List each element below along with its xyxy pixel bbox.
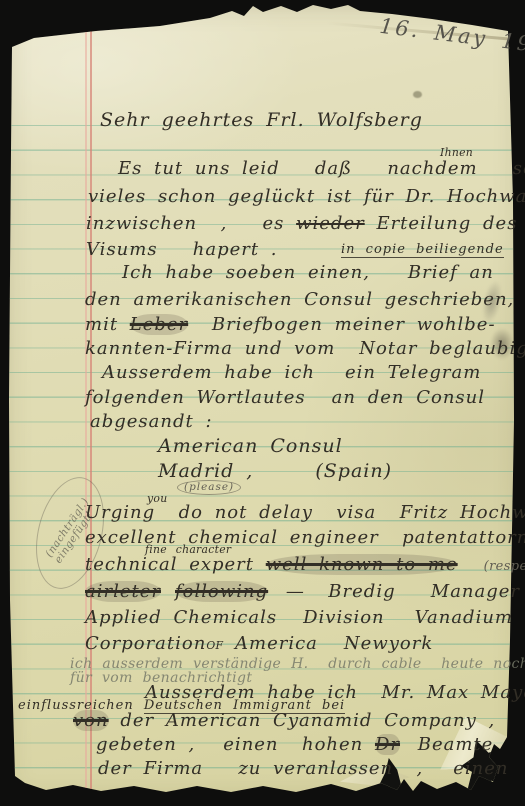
handwriting-segment: (respectfully)	[484, 559, 525, 574]
telegram-text: Urging do not delay visa Fritz Hochwaldy…	[85, 504, 525, 523]
body-line: abgesandt :	[90, 413, 213, 432]
handwriting-segment: — Bredig Manager	[274, 581, 520, 602]
handwriting-segment: inzwischen , es	[86, 213, 296, 234]
handwriting-segment: Erteilung des	[365, 213, 518, 234]
handwriting-segment: Brief an	[408, 262, 494, 283]
telegram-address: American Consul	[158, 437, 343, 457]
body-line: folgenden Wortlautesan den Consul	[85, 389, 485, 408]
telegram-text: CorporationOF AmericaNewyork	[85, 635, 433, 654]
handwriting-segment: America	[223, 633, 318, 654]
handwriting-segment: (Spain)	[315, 460, 392, 482]
handwriting-segment: Vanadium	[415, 607, 513, 628]
handwriting-segment: Madrid ,	[158, 460, 253, 482]
body-line: Ich habe soeben einen,Brief an	[122, 264, 494, 283]
telegram-text: Applied ChemicalsDivisionVanadium	[85, 609, 513, 628]
handwriting-segment: einen hohen	[223, 734, 375, 755]
body-line: Es tut uns leid daß nachdem soIhnen	[118, 160, 525, 179]
body-line: von der American Cyanamid Company ,	[73, 712, 495, 731]
handwriting-segment: ein Telegram	[345, 362, 481, 383]
telegram-address: Madrid ,(Spain)	[158, 462, 392, 482]
handwriting-segment: gebeten ,	[96, 734, 195, 755]
handwriting-segment: do not delay visa Fritz Hochwald	[179, 502, 525, 523]
body-line: gebeten ,einen hohen Dr Beamte	[96, 736, 493, 755]
telegram-text: airleterfollowing — Bredig Manager	[85, 583, 520, 602]
handwriting-segment: Ihnen	[440, 147, 473, 158]
handwriting-segment: fine character	[145, 544, 231, 555]
handwriting-segment: you	[147, 493, 167, 504]
handwriting-segment: vieles schon geglückt ist für Dr. Hochwa…	[88, 186, 525, 207]
handwriting-segment: airleter	[85, 581, 161, 602]
scanned-handwritten-letter: 16. May 1941 (nachträgl.) eingefügt! Seh…	[0, 0, 525, 806]
handwriting-segment: Ich habe soeben einen,	[122, 262, 370, 283]
handwriting-segment: kannten-Firma und vom	[85, 338, 335, 359]
handwritten-letter-body: 16. May 1941 (nachträgl.) eingefügt! Seh…	[0, 0, 525, 806]
handwriting-segment: Applied Chemicals	[85, 607, 277, 628]
handwriting-segment: Sehr geehrtes Frl. Wolfsberg	[100, 109, 423, 131]
body-line: Visums hapert .	[86, 241, 278, 260]
date-annotation: 16. May 1941	[378, 14, 525, 60]
handwriting-segment: Leber	[130, 314, 188, 335]
handwriting-segment: Division	[303, 607, 385, 628]
insertion-note: in copie beiliegende	[341, 243, 504, 257]
handwriting-segment: abgesandt :	[90, 411, 213, 432]
handwriting-segment: American Consul	[158, 435, 343, 457]
salutation: Sehr geehrtes Frl. Wolfsberg	[100, 111, 423, 131]
handwriting-segment: der Firma zu veranlassen ,	[98, 758, 423, 779]
handwriting-segment: OF	[206, 639, 223, 652]
handwriting-segment: (please)	[177, 480, 241, 495]
handwriting-segment: Corporation	[85, 633, 206, 654]
handwriting-segment: Dr	[375, 734, 400, 755]
handwriting-segment: Visums hapert .	[86, 239, 278, 260]
handwriting-segment: Urging	[85, 502, 179, 523]
body-line: mit Leber Briefbogen meiner wohlbe-	[85, 316, 496, 335]
handwriting-segment: Beamte	[406, 734, 493, 755]
handwriting-segment: Newyork	[344, 633, 433, 654]
handwriting-segment: mit	[85, 314, 130, 335]
handwriting-segment: technical expert	[85, 554, 266, 575]
body-line: kannten-Firma und vomNotar beglaubigt	[85, 340, 525, 359]
handwriting-segment: Briefbogen meiner wohlbe-	[200, 314, 495, 335]
body-line: den amerikanischen Consul geschrieben,	[85, 291, 514, 310]
handwriting-segment: einen	[453, 758, 508, 779]
handwriting-segment: Es tut uns leid daß nachdem so	[118, 158, 525, 179]
handwriting-segment: den amerikanischen Consul geschrieben,	[85, 289, 514, 310]
handwriting-segment: der American Cyanamid Company ,	[109, 710, 496, 731]
body-line: der Firma zu veranlassen ,einen	[98, 760, 509, 779]
handwriting-segment: following	[175, 581, 268, 602]
body-line: inzwischen , es wieder Erteilung des	[86, 215, 517, 234]
handwriting-segment: Ausserdem habe ich	[102, 362, 315, 383]
handwriting-segment: in copie beiliegende	[341, 242, 504, 258]
handwriting-segment: folgenden Wortlautes	[85, 387, 306, 408]
handwriting-segment: an den Consul	[332, 387, 485, 408]
handwriting-segment: well known to me	[266, 554, 458, 575]
body-line: Ausserdem habe ichein Telegram	[102, 364, 481, 383]
handwriting-segment: wieder	[296, 213, 365, 234]
handwriting-segment: von	[73, 710, 109, 731]
telegram-text: technical expert well known to me(respec…	[85, 556, 525, 575]
handwriting-segment: Notar beglaubigt	[359, 338, 525, 359]
body-line: vieles schon geglückt ist für Dr. Hochwa…	[88, 188, 525, 207]
